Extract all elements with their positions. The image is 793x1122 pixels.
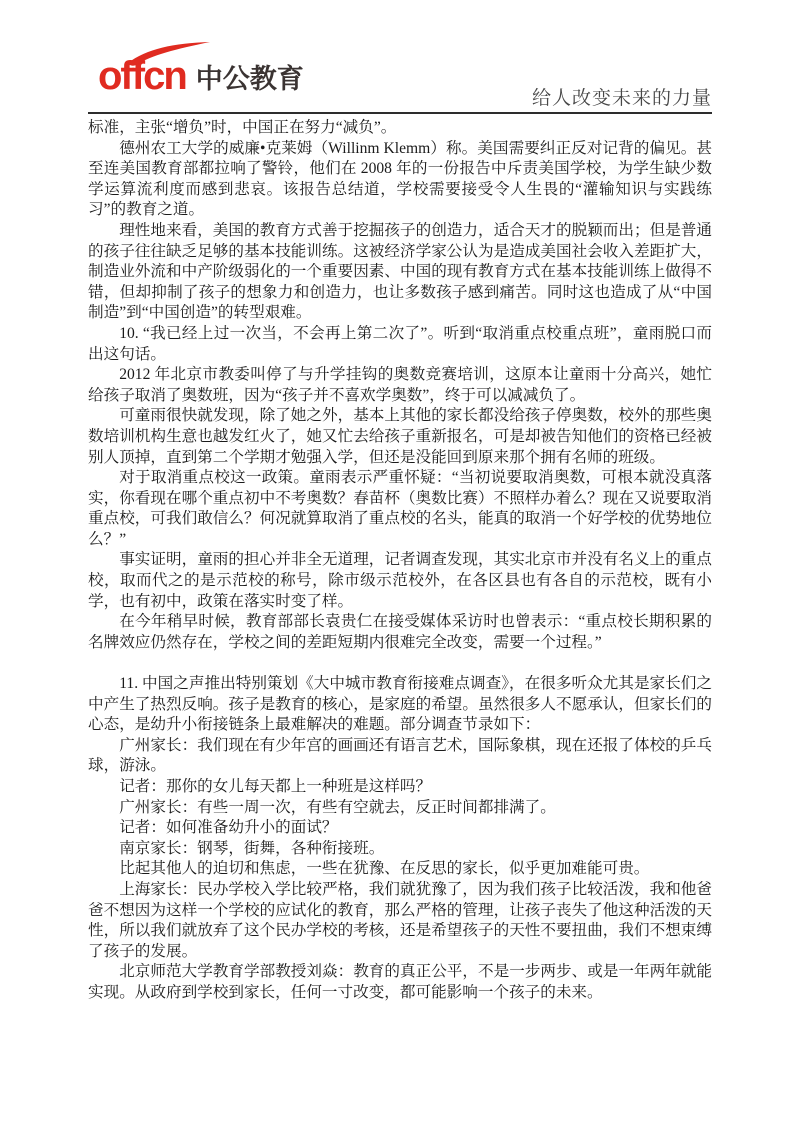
document-body: 标准，主张“增负”时，中国正在努力“减负”。德州农工大学的威廉•克莱姆（Will… xyxy=(88,118,712,1004)
paragraph: 理性地来看，美国的教育方式善于挖掘孩子的创造力，适合天才的脱颖而出；但是普通的孩… xyxy=(88,221,712,324)
paragraph: 广州家长：我们现在有少年宫的画画还有语言艺术，国际象棋，现在还报了体校的乒乓球，… xyxy=(88,736,712,777)
brand-wordmark: offcn xyxy=(98,56,186,96)
logo-swoosh-icon xyxy=(126,41,212,67)
paragraph: 可童雨很快就发现，除了她之外，基本上其他的家长都没给孩子停奥数，校外的那些奥数培… xyxy=(88,406,712,468)
paragraph: 南京家长：钢琴，街舞，各种衔接班。 xyxy=(88,839,712,860)
paragraph: 上海家长：民办学校入学比较严格，我们就犹豫了，因为我们孩子比较活泼，我和他爸爸不… xyxy=(88,880,712,962)
paragraph: 北京师范大学教育学部教授刘焱：教育的真正公平，不是一步两步、或是一年两年就能实现… xyxy=(88,962,712,1003)
paragraph: 标准，主张“增负”时，中国正在努力“减负”。 xyxy=(88,118,712,139)
paragraph: 记者：如何准备幼升小的面试？ xyxy=(88,818,712,839)
header-divider xyxy=(88,112,712,114)
paragraph: 10. “我已经上过一次当，不会再上第二次了”。听到“取消重点校重点班”，童雨脱… xyxy=(88,324,712,365)
paragraph: 11. 中国之声推出特别策划《大中城市教育衔接难点调查》，在很多听众尤其是家长们… xyxy=(88,674,712,736)
document-page: offcn 中公教育 给人改变未来的力量 标准，主张“增负”时，中国正在努力“减… xyxy=(0,0,793,1122)
paragraph: 对于取消重点校这一政策。童雨表示严重怀疑：“当初说要取消奥数，可根本就没真落实，… xyxy=(88,468,712,550)
paragraph: 2012 年北京市教委叫停了与升学挂钩的奥数竞赛培训，这原本让童雨十分高兴，她忙… xyxy=(88,365,712,406)
page-header: offcn 中公教育 给人改变未来的力量 xyxy=(88,48,712,114)
paragraph: 记者：那你的女儿每天都上一种班是这样吗？ xyxy=(88,777,712,798)
header-tagline: 给人改变未来的力量 xyxy=(532,83,712,110)
paragraph: 比起其他人的迫切和焦虑，一些在犹豫、在反思的家长，似乎更加难能可贵。 xyxy=(88,859,712,880)
paragraph: 事实证明，童雨的担心并非全无道理，记者调查发现，其实北京市并没有名义上的重点校，… xyxy=(88,550,712,612)
paragraph: 广州家长：有些一周一次，有些有空就去，反正时间都排满了。 xyxy=(88,798,712,819)
paragraph: 在今年稍早时候，教育部部长袁贵仁在接受媒体采访时也曾表示：“重点校长期积累的名牌… xyxy=(88,612,712,653)
paragraph: 德州农工大学的威廉•克莱姆（Willinm Klemm）称。美国需要纠正反对记背… xyxy=(88,139,712,221)
offcn-logo: offcn 中公教育 xyxy=(98,56,304,96)
brand-chinese-name: 中公教育 xyxy=(196,64,304,96)
